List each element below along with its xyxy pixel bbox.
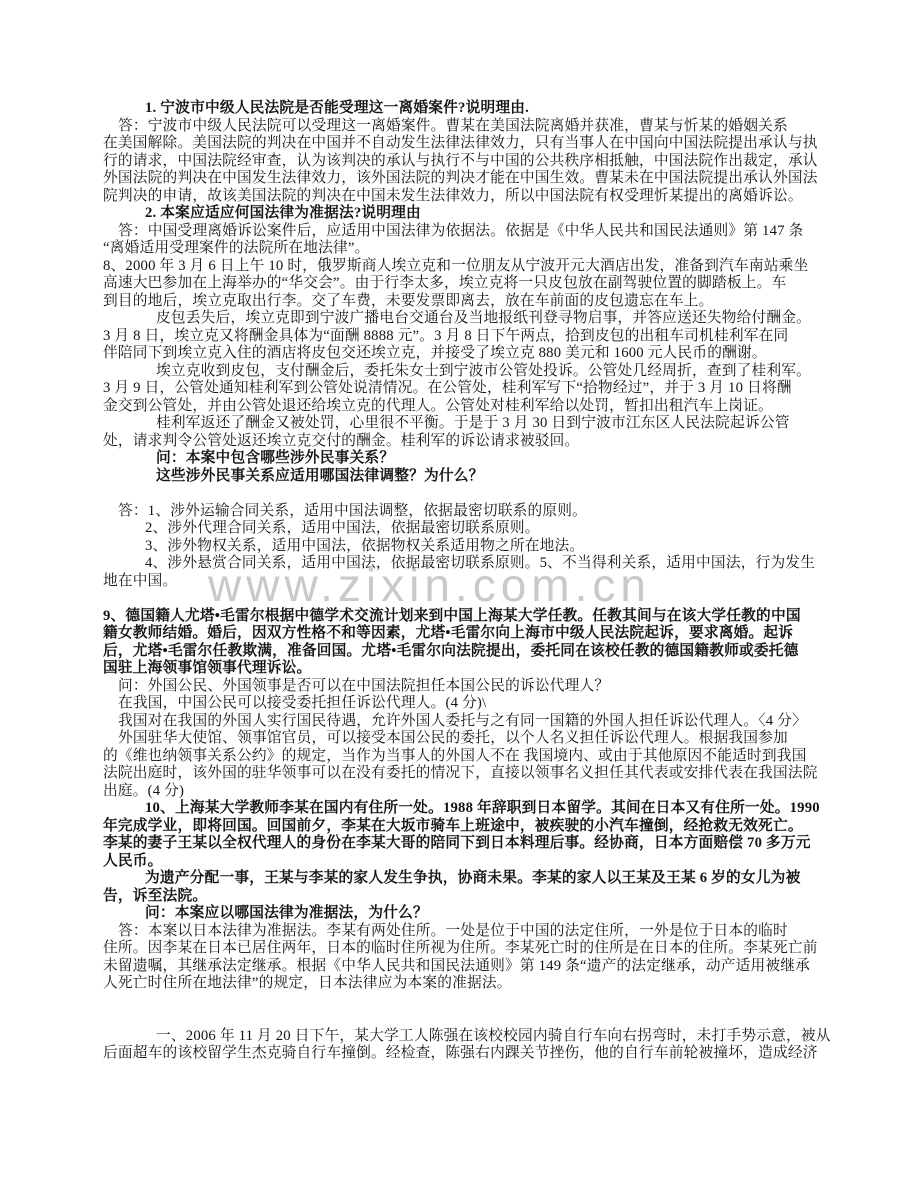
blank-line [103, 993, 823, 1011]
text-line: 人死亡时住所在地法律”的规定，日本法律应为本案的准据法。 [103, 975, 823, 993]
text-line: 桂利军返还了酬金又被处罚，心里很不平衡。于是于 3 月 30 日到宁波市江东区人… [103, 415, 823, 433]
text-line: 3 月 9 日，公管处通知桂利军到公管处说清情况。在公管处，桂利军写下“拾物经过… [103, 380, 823, 398]
document-page: www.zixin.com.cn 1. 宁波市中级人民法院是否能受理这一离婚案件… [0, 0, 920, 1191]
text-line: 行的请求，中国法院经审查，认为该判决的承认与执行不与中国的公共秩序相抵触，中国法… [103, 153, 823, 171]
text-line: 告，诉至法院。 [103, 888, 823, 906]
text-line: 问：外国公民、外国领事是否可以在中国法院担任本国公民的诉讼代理人？ [103, 678, 823, 696]
text-line: 这些涉外民事关系应适用哪国法律调整？为什么？ [103, 468, 823, 486]
text-line: 4、涉外悬赏合同关系，适用中国法，依据最密切联系原则。5、不当得利关系，适用中国… [103, 555, 823, 573]
text-line: 到目的地后，埃立克取出行李。交了车费，未要发票即离去，放在车前面的皮包遗忘在车上… [103, 293, 823, 311]
document-content: 1. 宁波市中级人民法院是否能受理这一离婚案件?说明理由.答：宁波市中级人民法院… [103, 100, 823, 1063]
text-line: 后，尤塔•毛雷尔任教欺满，准备回国。尤塔•毛雷尔向法院提出，委托同在该校任教的德… [103, 643, 823, 661]
text-line: 为遗产分配一事，王某与李某的家人发生争执，协商未果。李某的家人以王某及王某 6 … [103, 870, 823, 888]
text-line: 法院出庭时，该外国的驻华领事可以在没有委托的情况下，直接以领事名义担任其代表或安… [103, 765, 823, 783]
text-line: 年完成学业，即将回国。回国前夕，李某在大坂市骑车上班途中，被疾驶的小汽车撞倒，经… [103, 818, 823, 836]
text-line: 处，请求判令公管处返还埃立克交付的酬金。桂利军的诉讼请求被驳回。 [103, 433, 823, 451]
text-line: 3 月 8 日，埃立克又将酬金具体为“面酬 8888 元”。3 月 8 日下午两… [103, 328, 823, 346]
text-line: 问：本案应以哪国法律为准据法，为什么？ [103, 905, 823, 923]
text-line: 高速大巴参加在上海举办的“华交会”。由于行李太多，埃立克将一只皮包放在副驾驶位置… [103, 275, 823, 293]
text-line: 答：1、涉外运输合同关系，适用中国法调整，依据最密切联系的原则。 [103, 503, 823, 521]
text-line: 后面超车的该校留学生杰克骑自行车撞倒。经检查，陈强右内踝关节挫伤，他的自行车前轮… [103, 1045, 823, 1063]
text-line: 地在中国。 [103, 573, 823, 591]
text-line: 院判决的申请，故该美国法院的判决在中国未发生法律效力，所以中国法院有权受理忻某提… [103, 188, 823, 206]
text-line: 未留遗嘱，其继承法定继承。根据《中华人民共和国民法通则》第 149 条“遗产的法… [103, 958, 823, 976]
text-line: 我国对在我国的外国人实行国民待遇，允许外国人委托与之有同一国籍的外国人担任诉讼代… [103, 713, 823, 731]
text-line: 李某的妻子王某以全权代理人的身份在李某大哥的陪同下到日本料理后事。经协商，日本方… [103, 835, 823, 853]
text-line: 答：本案以日本法律为准据法。李某有两处住所。一处是位于中国的法定住所，一外是位于… [103, 923, 823, 941]
text-line: 出庭。(4 分) [103, 783, 823, 801]
text-line: 外国法院的判决在中国发生法律效力，该外国法院的判决才能在中国生效。曹某未在中国法… [103, 170, 823, 188]
blank-line [103, 1010, 823, 1028]
text-line: 2. 本案应适应何国法律为准据法?说明理由 [103, 205, 823, 223]
blank-line [103, 485, 823, 503]
text-line: “离婚适用受理案件的法院所在地法律”。 [103, 240, 823, 258]
text-line: 8、2000 年 3 月 6 日上午 10 时，俄罗斯商人埃立克和一位朋友从宁波… [103, 258, 823, 276]
text-line: 在美国解除。美国法院的判决在中国并不自动发生法律法律效力，只有当事人在中国向中国… [103, 135, 823, 153]
text-line: 人民币。 [103, 853, 823, 871]
text-line: 在我国，中国公民可以接受委托担任诉讼代理人。(4 分)\ [103, 695, 823, 713]
text-line: 籍女教师结婚。婚后，因双方性格不和等因素，尤塔•毛雷尔向上海市中级人民法院起诉，… [103, 625, 823, 643]
text-line: 10、上海某大学教师李某在国内有住所一处。1988 年辞职到日本留学。其间在日本… [103, 800, 823, 818]
text-line: 答：宁波市中级人民法院可以受理这一离婚案件。曹某在美国法院离婚并获准，曹某与忻某… [103, 118, 823, 136]
text-line: 答：中国受理离婚诉讼案件后，应适用中国法律为依据法。依据是《中华人民共和国民法通… [103, 223, 823, 241]
text-line: 金交到公管处，并由公管处退还给埃立克的代理人。公管处对桂利军给以处罚，暂扣出租汽… [103, 398, 823, 416]
text-line: 伴陪同下到埃立克入住的酒店将皮包交还埃立克，并接受了埃立克 880 美元和 16… [103, 345, 823, 363]
text-line: 的《维也纳领事关系公约》的规定，当作为当事人的外国人不在 我国境内、或由于其他原… [103, 748, 823, 766]
text-line: 国驻上海领事馆领事代理诉讼。 [103, 660, 823, 678]
text-line: 问：本案中包含哪些涉外民事关系？ [103, 450, 823, 468]
text-line: 住所。因李某在日本已居住两年，日本的临时住所视为住所。李某死亡时的住所是在日本的… [103, 940, 823, 958]
blank-line [103, 590, 823, 608]
text-line: 3、涉外物权关系，适用中国法，依据物权关系适用物之所在地法。 [103, 538, 823, 556]
text-line: 皮包丢失后，埃立克即到宁波广播电台交通台及当地报纸刊登寻物启事，并答应送还失物给… [103, 310, 823, 328]
text-line: 一、2006 年 11 月 20 日下午，某大学工人陈强在该校校园内骑自行车向右… [103, 1028, 823, 1046]
text-line: 2、涉外代理合同关系，适用中国法，依据最密切联系原则。 [103, 520, 823, 538]
text-line: 外国驻华大使馆、领事馆官员，可以接受本国公民的委托，以个人名义担任诉讼代理人。根… [103, 730, 823, 748]
text-line: 埃立克收到皮包，支付酬金后，委托朱女士到宁波市公管处投诉。公管处几经周折，查到了… [103, 363, 823, 381]
text-line: 1. 宁波市中级人民法院是否能受理这一离婚案件?说明理由. [103, 100, 823, 118]
text-line: 9、德国籍人尤塔•毛雷尔根据中德学术交流计划来到中国上海某大学任教。任教其间与在… [103, 608, 823, 626]
